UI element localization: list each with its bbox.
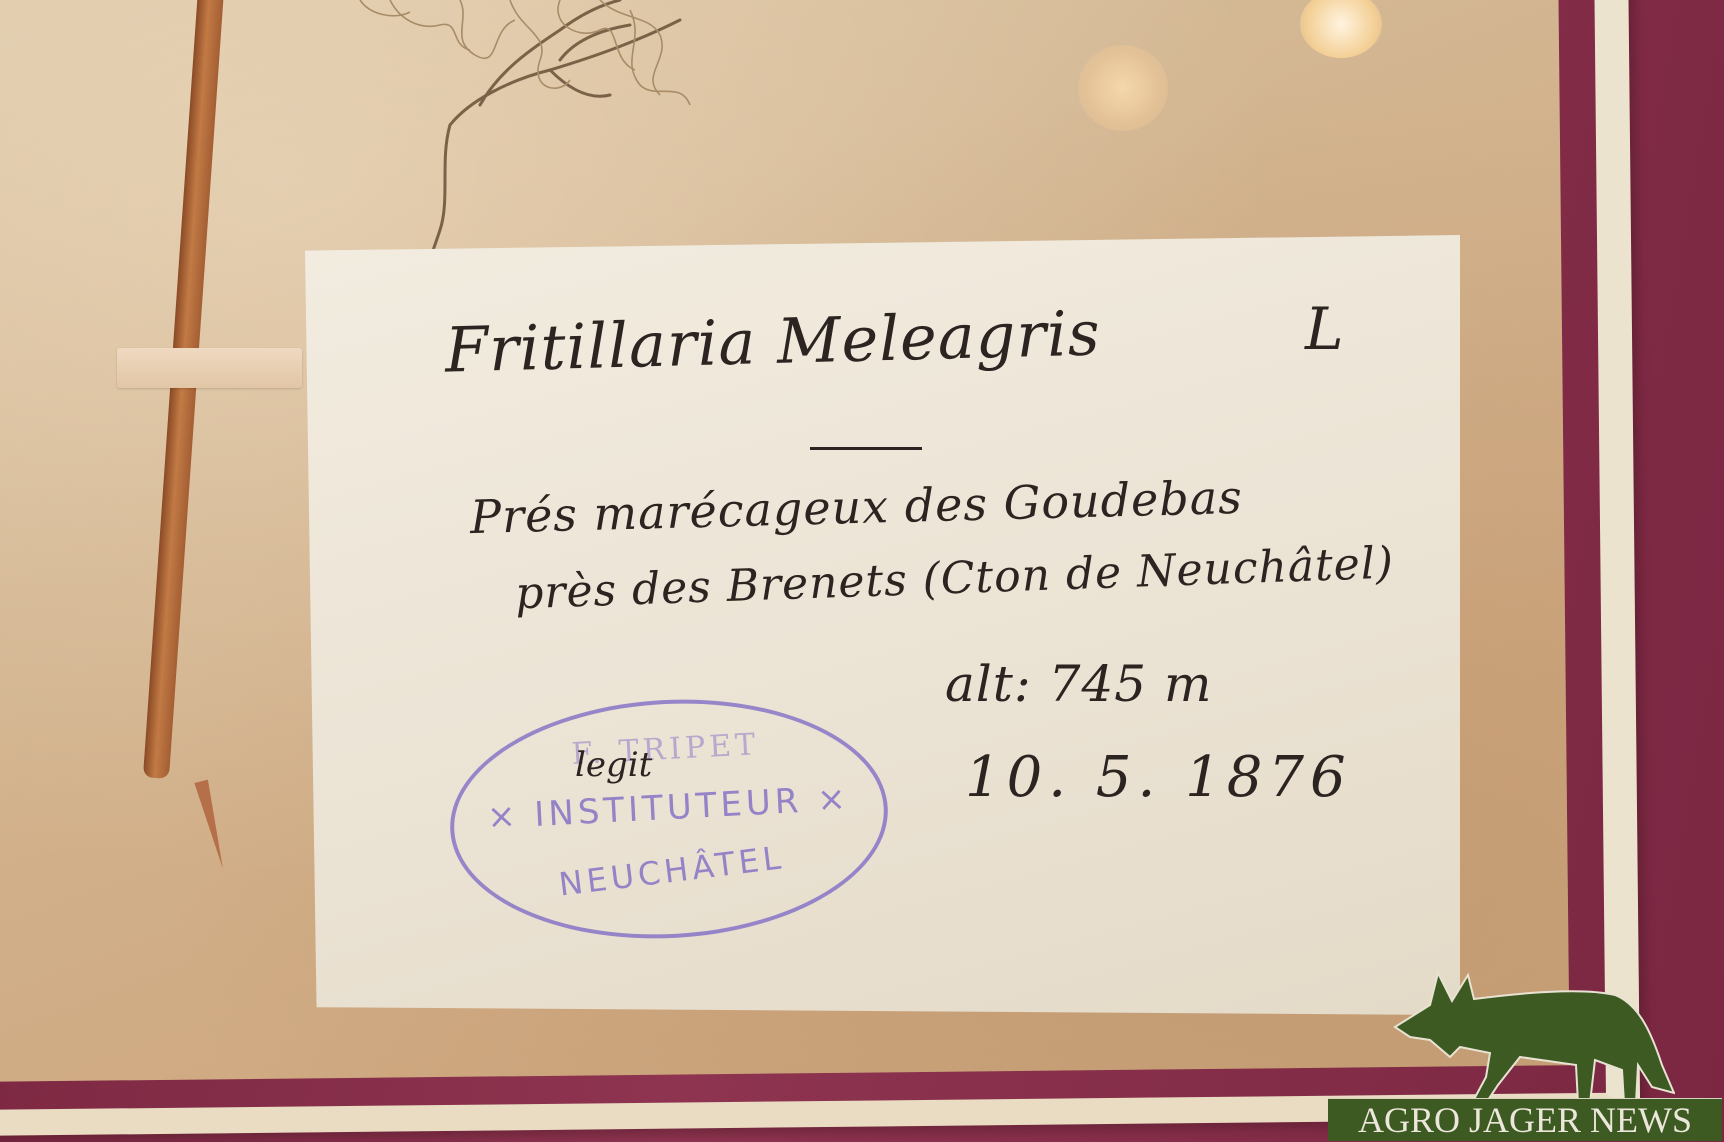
collection-date: 10. 5. 1876: [965, 745, 1352, 810]
locality-line-2: près des Brenets (Cton de Neuchâtel): [514, 538, 1394, 620]
specimen-label: Fritillaria Meleagris L Prés marécageux …: [305, 235, 1460, 1015]
fox-silhouette-icon: [1390, 965, 1675, 1105]
divider-line: [810, 447, 922, 450]
altitude: alt: 745 m: [945, 655, 1212, 713]
legit-annotation: legit: [575, 745, 652, 785]
collector-stamp: F. TRIPET × INSTITUTEUR × NEUCHÂTEL: [444, 689, 894, 950]
mounting-tape-strip: [117, 348, 302, 388]
stamp-city: NEUCHÂTEL: [456, 826, 887, 916]
watermark-banner: AGRO JAGER NEWS: [1328, 1098, 1722, 1141]
locality-line-1: Prés marécageux des Goudebas: [469, 470, 1243, 544]
species-author: L: [1305, 295, 1345, 363]
stamp-name: F. TRIPET: [450, 721, 881, 778]
stamp-role: × INSTITUTEUR ×: [453, 777, 885, 839]
watermark-text: AGRO JAGER NEWS: [1358, 1102, 1692, 1138]
species-name: Fritillaria Meleagris: [444, 296, 1101, 386]
photo-scene: Fritillaria Meleagris L Prés marécageux …: [0, 0, 1724, 1142]
